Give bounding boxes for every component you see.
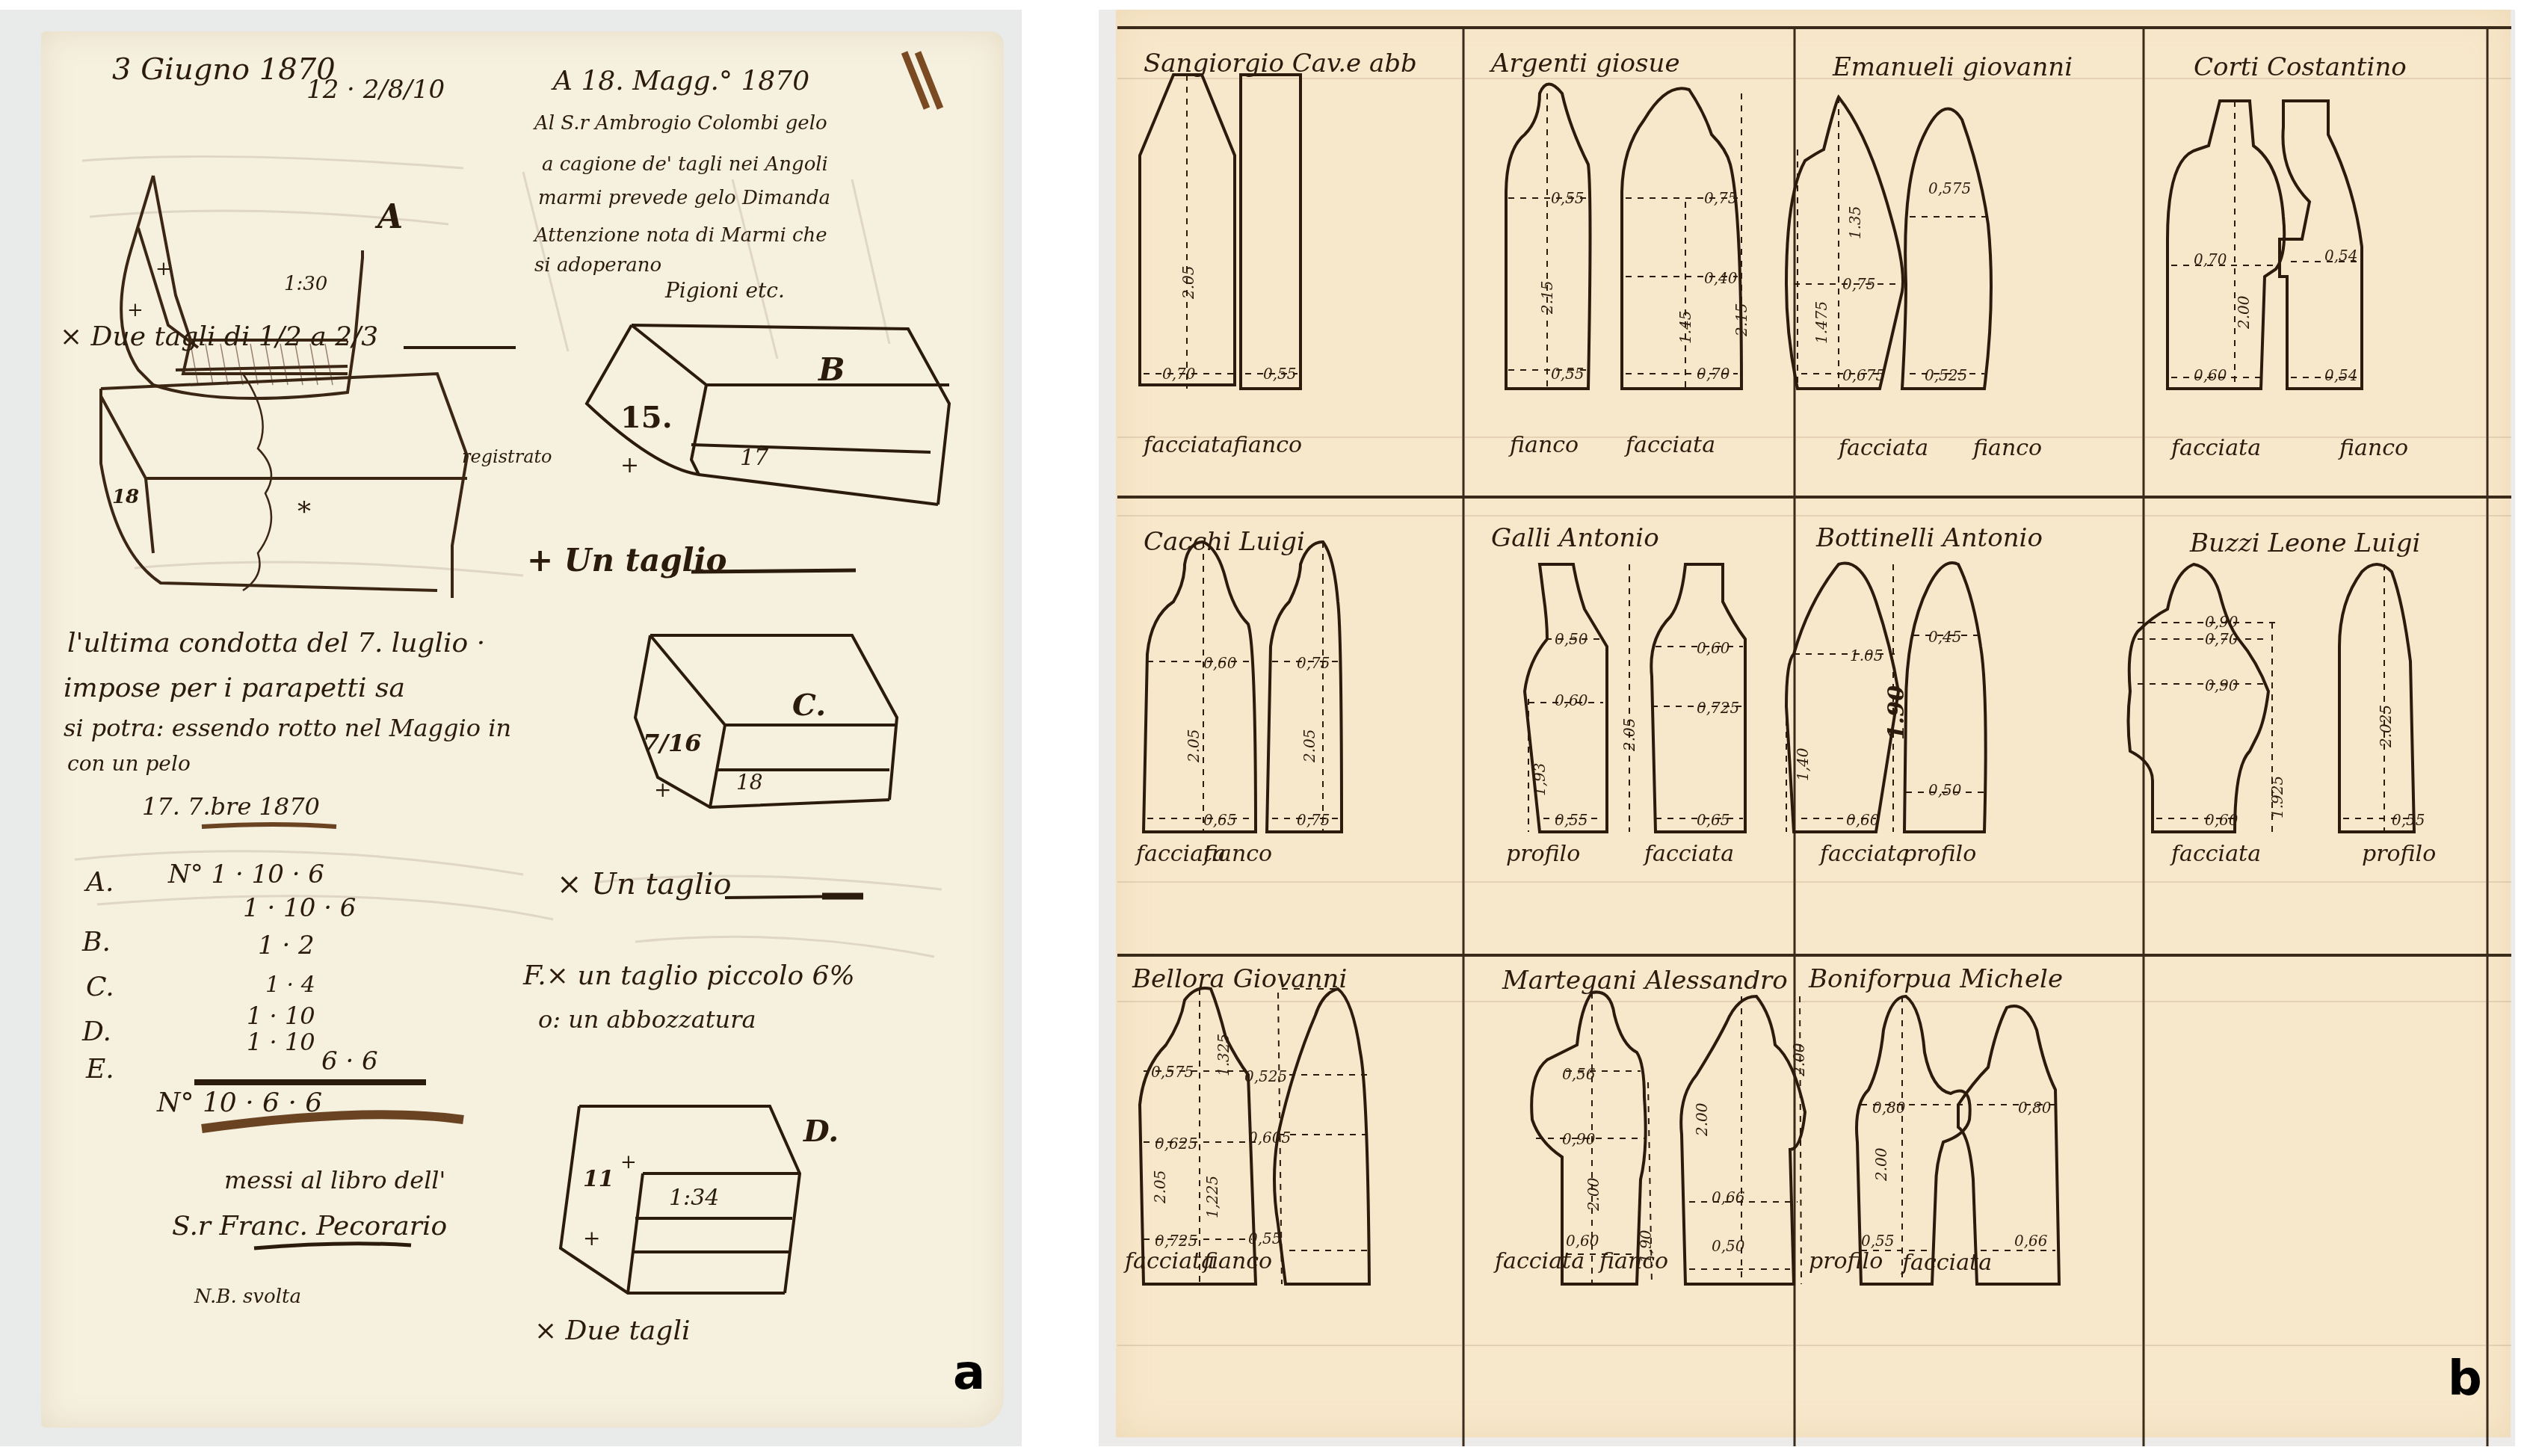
paragraph-line-4: con un pelo [67,751,191,776]
view-label-r2c4-a: facciata [2171,841,2261,867]
measurement: 0,605 [1248,1129,1291,1147]
measurement: 1.45 [1676,310,1694,344]
measurement: 0,60 [1555,691,1588,709]
panel-label-b: b [2448,1351,2482,1407]
block-c-underline [725,893,874,904]
view-label-r1c2-a: fianco [1510,432,1579,458]
measurement: 1.325 [1215,1034,1232,1076]
measurement: 1,225 [1203,1176,1221,1218]
measurement: 0,66 [1712,1188,1745,1206]
measurement: 0,80 [2018,1099,2052,1117]
block-b-mark-1: 15. [620,400,673,435]
measurement: 0,75 [1842,275,1876,293]
double-stroke-mark [897,52,957,127]
measurement: 0,55 [1551,365,1585,383]
block-b-label: B [818,351,845,388]
right-note-line-3: a cagione de' tagli nei Angoli [542,153,828,176]
measurement: 0,45 [1928,628,1962,646]
tally-value-a: N° 1 · 10 · 6 [168,860,324,889]
measurement: 0,60 [1566,1232,1599,1250]
view-label-r1c1-a: facciata [1144,432,1233,458]
cell-title-r3c1: Bellora Giovanni [1132,964,1347,994]
tally-value-b: 1 · 2 [258,931,315,960]
measurement: 0,50 [1928,781,1962,799]
block-c-mark-3: + [654,777,671,802]
block-a-mark-2: + [155,258,172,280]
measurement: 0,575 [1151,1063,1194,1081]
view-label-r3c2-a: facciata [1495,1248,1585,1274]
cell-title-r2c4: Buzzi Leone Luigi [2190,528,2420,558]
measurement: 0,70 [2194,250,2227,268]
tally-key-b: B. [82,927,111,957]
measurement: 0,55 [1263,365,1297,383]
note-f-line-2: o: un abbozzatura [538,1005,756,1034]
measurement: 1,90 [1637,1230,1655,1263]
cell-title-r1c4: Corti Costantino [2194,52,2407,82]
measurement: 2.05 [1179,265,1197,299]
measurement: 0,525 [1244,1067,1287,1085]
view-label-r2c1-b: fianco [1203,841,1272,867]
measurement: 0,60 [2205,811,2238,829]
paragraph-line-2: impose per i parapetti sa [64,673,405,703]
cell-title-r1c1: Sangiorgio Cav.e abb [1144,49,1417,78]
block-c-label: C. [792,688,826,723]
measurement: 0,50 [1555,630,1588,648]
right-note-line-5: Attenzione nota di Marmi che [534,224,827,247]
tally-key-c: C. [86,972,114,1002]
tally-value-a2: 1 · 10 · 6 [243,893,356,923]
measurement: 0,55 [1555,811,1588,829]
view-label-r3c3-a: profilo [1809,1248,1883,1274]
block-b-mark-2: 17 [740,445,768,471]
right-note-line-6: si adoperano [534,254,661,277]
right-note-line-1: A 18. Magg.° 1870 [553,66,809,96]
block-c-note: × Un taglio [557,867,732,901]
measurement: 0,55 [1248,1230,1282,1247]
block-e-note: registrato [462,446,552,467]
panel-label-a: a [953,1345,985,1401]
measurement: 0,50 [1712,1237,1745,1255]
footer-underline [254,1241,419,1251]
date-header: 3 Giugno 1870 [112,52,336,87]
measurement: 0,90 [2205,613,2238,631]
measurement: 0,60 [1846,811,1880,829]
block-a-mark-1: 1:30 [284,273,327,295]
measurement: 0,525 [1925,366,1967,384]
paragraph-line-3: si potra: essendo rotto nel Maggio in [64,714,511,742]
figure-outlines-row-3 [1099,955,2527,1441]
view-label-r1c1-b: fianco [1233,432,1302,458]
measurement: 0,70 [2205,630,2238,648]
block-d-mark-4: + [583,1226,600,1250]
measurement: 0,90 [1562,1130,1596,1148]
view-label-r1c3-a: facciata [1839,435,1928,461]
view-label-r3c1-b: fianco [1203,1248,1272,1274]
view-label-r1c3-b: fianco [1973,435,2042,461]
block-d-note: × Due tagli [534,1315,690,1346]
block-d-label: D. [803,1114,839,1149]
view-label-r3c2-b: fianco [1599,1248,1668,1274]
tally-total: N° 10 · 6 · 6 [157,1088,322,1118]
view-label-r1c2-b: facciata [1626,432,1715,458]
measurement: 0,55 [1551,189,1585,207]
paragraph-line-1: l'ultima condotta del 7. luglio · [67,628,485,658]
cell-title-r3c3: Boniforpua Michele [1809,964,2063,994]
block-d-mark-2: 1:34 [669,1185,719,1211]
right-note-line-2: Al S.r Ambrogio Colombi gelo [534,112,827,135]
block-e-sketch [86,374,475,628]
cell-title-r2c1: Cacchi Luigi [1144,527,1305,557]
block-e-star: * [297,497,311,528]
measurement: 1.475 [1812,301,1830,344]
measurement: 2.00 [1790,1043,1808,1076]
top-number: 12 · 2/8/10 [306,75,445,105]
tally-date: 17. 7.bre 1870 [142,792,320,821]
measurement: 2.05 [1151,1170,1169,1203]
view-label-r1c4-b: fianco [2339,435,2408,461]
cell-title-r1c3: Emanueli giovanni [1833,52,2073,82]
tally-value-e: 6 · 6 [321,1046,378,1076]
measurement: 0,55 [2392,811,2425,829]
cell-title-r1c2: Argenti giosue [1491,49,1680,78]
measurement: 0,75 [1704,189,1738,207]
measurement: 0,70 [1697,365,1730,383]
footer-line-3: N.B. svolta [194,1286,301,1308]
measurement: 2.00 [1872,1147,1890,1181]
measurement: 0,675 [1842,366,1885,384]
measurement: 2.15 [1733,303,1750,336]
measurement: 2.05 [1185,729,1203,762]
measurement: 2.00 [1585,1177,1602,1211]
measurement: 1.925 [2268,776,2286,818]
measurement: 0,60 [1697,639,1730,657]
tally-key-d: D. [82,1017,111,1047]
measurement: 2.00 [2235,295,2253,329]
view-label-r2c2-a: profilo [1506,841,1580,867]
block-d-mark-3: + [620,1151,637,1173]
measurement: 0,40 [1704,269,1738,287]
measurement: 0,56 [1562,1065,1596,1083]
measurement: 2.05 [1300,729,1318,762]
measurement: 1,40 [1794,747,1812,781]
measurement: 0,575 [1928,179,1971,197]
block-c-mark-2: 18 [736,770,763,795]
tally-date-underline [202,822,351,831]
figure-outlines-row-2 [1099,497,2527,955]
measurement: 0,65 [1697,811,1730,829]
measurement: 0,75 [1297,654,1330,672]
measurement: 0,54 [2324,366,2358,384]
tally-key-e: E. [86,1054,114,1085]
measurement: 2.025 [2377,705,2395,747]
measurement: 0,60 [1203,654,1237,672]
footer-line-2: S.r Franc. Pecorario [172,1211,447,1241]
measurement: 1.90 [1883,685,1910,740]
measurement: 1,93 [1531,762,1549,796]
measurement: 0,90 [2205,676,2238,694]
measurement: 0,725 [1697,699,1739,717]
view-label-r2c4-b: profilo [2362,841,2436,867]
measurement: 2.00 [1693,1102,1711,1136]
footer-line-1: messi al libro dell' [224,1166,445,1194]
tally-value-c: 1 · 4 [265,972,315,998]
block-e-mark: 18 [112,486,139,508]
cell-title-r2c3: Bottinelli Antonio [1816,523,2043,553]
block-a-mark-3: + [127,299,144,321]
measurement: 0,70 [1162,365,1196,383]
tally-value-d2: 1 · 10 [247,1028,315,1056]
block-c-mark-1: 7/16 [643,729,701,757]
right-note-line-4: marmi prevede gelo Dimanda [538,187,830,209]
measurement: 0,75 [1297,811,1330,829]
block-a-underline [404,344,523,351]
view-label-r2c2-b: facciata [1644,841,1734,867]
block-d-mark-1: 11 [583,1166,614,1192]
measurement: 0,66 [2014,1232,2048,1250]
block-a-note: × Due tagli di 1/2 a 2/3 [60,321,378,352]
measurement: 0,65 [1203,811,1237,829]
block-b-underline [691,568,863,576]
measurement: 0,54 [2324,247,2358,265]
tally-key-a: A. [86,867,114,898]
view-label-r3c1-a: facciata [1125,1248,1215,1274]
cell-title-r3c2: Martegani Alessandro [1502,966,1788,996]
view-label-r3c3-b: facciata [1902,1250,1992,1276]
measurement: 1.35 [1846,206,1864,239]
block-a-label: A [377,198,403,236]
view-label-r2c3-b: profilo [1902,841,1976,867]
measurement: 0,625 [1155,1135,1197,1153]
measurement: 1.05 [1850,647,1883,664]
measurement: 0,725 [1155,1232,1197,1250]
cell-title-r2c2: Galli Antonio [1491,523,1659,553]
block-b-mark-3: + [620,452,639,478]
right-note-line-7: Pigioni etc. [665,278,785,303]
measurement: 0,80 [1872,1099,1906,1117]
measurement: 0,55 [1861,1232,1895,1250]
note-f-line-1: F.× un taglio piccolo 6% [523,960,855,991]
view-label-r2c3-a: facciata [1820,841,1910,867]
tally-value-d: 1 · 10 [247,1002,315,1030]
measurement: 2.15 [1538,280,1556,314]
view-label-r1c4-a: facciata [2171,435,2261,461]
measurement: 0,60 [2194,366,2227,384]
measurement: 2.05 [1620,718,1638,751]
